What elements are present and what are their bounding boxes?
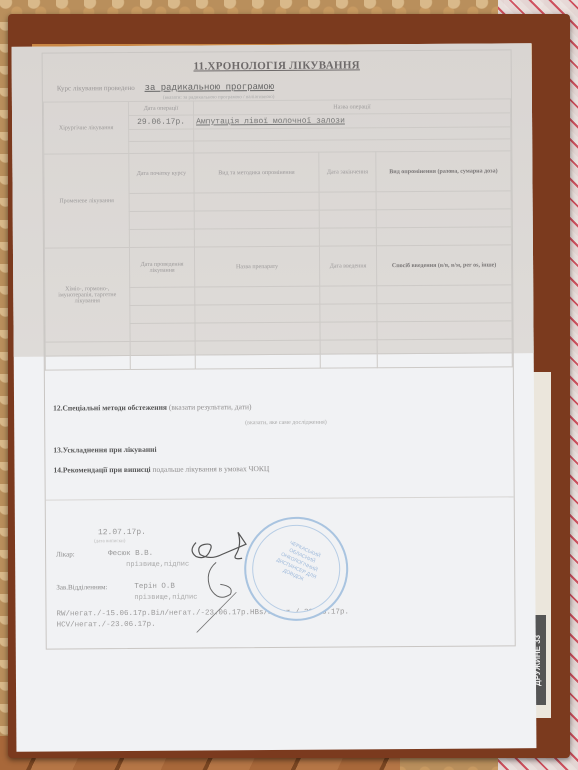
chemo-col-end: Дата введення: [319, 246, 376, 286]
doctor-label: Лікар:: [56, 550, 75, 558]
surgery-date: 29.06.17р.: [129, 115, 194, 129]
tests-line-2: HCV/негат./-23.06.17р.: [57, 621, 156, 630]
program-value: за радикальною програмою: [145, 82, 275, 93]
surgery-col-date: Дата операції: [128, 101, 193, 115]
program-label: Курс лікування проведено: [57, 84, 135, 93]
section-12-sub: (вказати, яке саме дослідження): [245, 420, 327, 427]
chemo-row-label: Хіміо-, гормоно-, імунотерапія, таргетне…: [44, 248, 130, 343]
section-12: 12.Спеціальні методи обстеження (вказати…: [53, 402, 252, 412]
document-page: 11.ХРОНОЛОГІЯ ЛІКУВАННЯ Курс лікування п…: [12, 43, 537, 752]
surgery-row-label: Хірургічне лікування: [43, 102, 128, 155]
radiation-col-type: Вид та методика опромінення: [194, 152, 319, 193]
section-14: 14.Рекомендації при виписці подальше лік…: [53, 464, 269, 475]
section-13: 13.Ускладнення при лікуванні: [53, 445, 156, 455]
program-row: Курс лікування проведено за радикальною …: [57, 82, 274, 94]
chemo-col-drug: Назва препарату: [194, 246, 319, 287]
chemo-col-method: Спосіб введення (в/в, в/м, per os, інше): [376, 245, 511, 286]
radiation-col-start: Дата початку курсу: [129, 153, 194, 193]
head-name: Терін О.В: [134, 583, 175, 591]
page-title: 11.ХРОНОЛОГІЯ ЛІКУВАННЯ: [43, 58, 511, 73]
radiation-col-dose: Вид опромінення (разова, сумарна доза): [376, 151, 511, 192]
doctor-name: Фесюк В.В.: [108, 550, 153, 558]
treatment-chronology-form: 11.ХРОНОЛОГІЯ ЛІКУВАННЯ Курс лікування п…: [42, 49, 516, 649]
signature-scribble: [176, 522, 297, 633]
signature-date-hint: (дата виписки): [94, 539, 125, 544]
signature-date: 12.07.17р.: [98, 528, 146, 537]
treatment-table: Хірургічне лікування Дата операції Назва…: [43, 98, 513, 370]
radiation-col-end: Дата закінчення: [319, 152, 376, 192]
head-label: Зав.Відділенням:: [56, 583, 107, 591]
radiation-row-label: Променеве лікування: [44, 154, 130, 249]
chemo-col-start: Дата проведення лікування: [129, 247, 194, 287]
divider: [46, 496, 514, 500]
